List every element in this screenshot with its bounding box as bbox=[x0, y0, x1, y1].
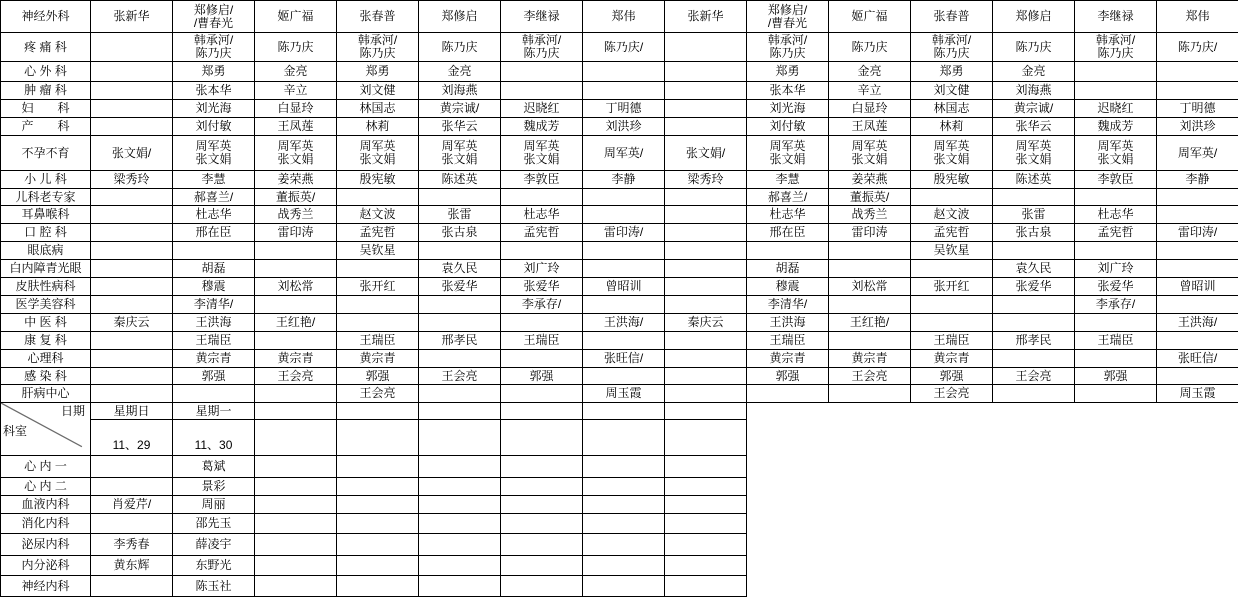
schedule-cell: 周丽 bbox=[173, 496, 255, 514]
schedule-cell bbox=[91, 514, 173, 534]
schedule-cell bbox=[91, 260, 173, 278]
schedule-cell bbox=[665, 496, 747, 514]
schedule-cell bbox=[91, 332, 173, 350]
schedule-cell bbox=[993, 314, 1075, 332]
schedule-cell bbox=[829, 385, 911, 403]
table-row: 眼底病吴钦星吴钦星 bbox=[1, 242, 1238, 260]
schedule-cell: 张华云 bbox=[419, 118, 501, 136]
schedule-cell bbox=[173, 242, 255, 260]
schedule-cell bbox=[337, 314, 419, 332]
date-axis-label: 日期 bbox=[61, 405, 85, 418]
schedule-cell: 邢孝民 bbox=[419, 332, 501, 350]
schedule-cell bbox=[255, 478, 337, 496]
schedule-cell bbox=[501, 478, 583, 496]
schedule-cell bbox=[255, 556, 337, 576]
schedule-cell bbox=[1075, 242, 1157, 260]
schedule-cell bbox=[829, 296, 911, 314]
schedule-cell bbox=[1075, 314, 1157, 332]
schedule-cell bbox=[665, 368, 747, 385]
schedule-cell bbox=[665, 118, 747, 136]
schedule-cell: 董振英/ bbox=[829, 189, 911, 206]
schedule-cell: 陈乃庆 bbox=[255, 33, 337, 62]
table-row: 血液内科肖爱芹/周丽 bbox=[1, 496, 747, 514]
schedule-cell: 黄宗诚/ bbox=[993, 100, 1075, 118]
schedule-cell bbox=[583, 82, 665, 100]
schedule-cell: 王洪海 bbox=[173, 314, 255, 332]
schedule-cell: 杜志华 bbox=[1075, 206, 1157, 224]
table-row: 感 染 科郭强王会亮郭强王会亮郭强郭强王会亮郭强王会亮郭强 bbox=[1, 368, 1238, 385]
schedule-cell: 张雷 bbox=[419, 206, 501, 224]
outpatient-schedule-table: 神经外科张新华郑修启/ /曹春光姬广福张春普郑修启李继禄郑伟张新华郑修启/ /曹… bbox=[0, 0, 1238, 403]
department-cell: 产 科 bbox=[1, 118, 91, 136]
schedule-cell: 迟晓红 bbox=[1075, 100, 1157, 118]
department-cell: 耳鼻喉科 bbox=[1, 206, 91, 224]
schedule-cell bbox=[91, 82, 173, 100]
schedule-cell: 韩承河/ 陈乃庆 bbox=[911, 33, 993, 62]
schedule-cell: 王红艳/ bbox=[255, 314, 337, 332]
schedule-cell: 金亮 bbox=[255, 62, 337, 82]
weekday-cell bbox=[255, 403, 337, 420]
schedule-cell: 胡磊 bbox=[173, 260, 255, 278]
schedule-cell bbox=[993, 189, 1075, 206]
weekday-cell: 星期一 bbox=[173, 403, 255, 420]
schedule-cell: 孟宪哲 bbox=[501, 224, 583, 242]
schedule-cell: 李静 bbox=[583, 171, 665, 189]
table-row: 心理科黄宗青黄宗青黄宗青张旺信/黄宗青黄宗青黄宗青张旺信/ bbox=[1, 350, 1238, 368]
schedule-cell bbox=[665, 33, 747, 62]
schedule-cell: 张本华 bbox=[173, 82, 255, 100]
schedule-cell: 王凤莲 bbox=[829, 118, 911, 136]
department-cell: 神经外科 bbox=[1, 1, 91, 33]
schedule-cell bbox=[419, 534, 501, 556]
schedule-cell bbox=[91, 118, 173, 136]
schedule-cell: 姜荣燕 bbox=[255, 171, 337, 189]
table-row: 白内障青光眼胡磊袁久民刘广玲胡磊袁久民刘广玲 bbox=[1, 260, 1238, 278]
schedule-cell: 王会亮 bbox=[337, 385, 419, 403]
schedule-cell bbox=[501, 496, 583, 514]
schedule-cell bbox=[1075, 350, 1157, 368]
schedule-cell: 周军英 张文娟 bbox=[173, 136, 255, 171]
schedule-cell: 雷印涛 bbox=[829, 224, 911, 242]
schedule-cell bbox=[337, 534, 419, 556]
schedule-cell: 郑勇 bbox=[911, 62, 993, 82]
weekday-header-row: 日期 科室 星期日 星期一 bbox=[1, 403, 747, 420]
schedule-cell bbox=[665, 100, 747, 118]
schedule-cell: 刘文健 bbox=[911, 82, 993, 100]
schedule-cell: 战秀兰 bbox=[829, 206, 911, 224]
table-row: 消化内科邵先玉 bbox=[1, 514, 747, 534]
schedule-cell: 王会亮 bbox=[911, 385, 993, 403]
schedule-cell: 郝喜兰/ bbox=[173, 189, 255, 206]
table-row: 妇 科刘光海白显玲林国志黄宗诚/迟晓红丁明德刘光海白显玲林国志黄宗诚/迟晓红丁明… bbox=[1, 100, 1238, 118]
date-header-row: 11、29 11、30 bbox=[1, 420, 747, 456]
schedule-cell: 刘广玲 bbox=[1075, 260, 1157, 278]
schedule-cell: 周军英 张文娟 bbox=[419, 136, 501, 171]
department-cell: 白内障青光眼 bbox=[1, 260, 91, 278]
schedule-cell bbox=[501, 534, 583, 556]
schedule-cell: 林莉 bbox=[337, 118, 419, 136]
schedule-cell bbox=[419, 496, 501, 514]
department-axis-label: 科室 bbox=[3, 425, 27, 438]
schedule-cell bbox=[747, 385, 829, 403]
schedule-cell bbox=[91, 242, 173, 260]
schedule-cell bbox=[583, 576, 665, 597]
schedule-cell: 吴钦星 bbox=[911, 242, 993, 260]
schedule-cell: 张文娟/ bbox=[665, 136, 747, 171]
schedule-cell: 陈述英 bbox=[419, 171, 501, 189]
department-cell: 不孕不育 bbox=[1, 136, 91, 171]
schedule-cell bbox=[91, 576, 173, 597]
date-cell bbox=[501, 420, 583, 456]
schedule-cell: 张文娟/ bbox=[91, 136, 173, 171]
department-cell: 心 内 一 bbox=[1, 456, 91, 478]
schedule-cell: 黄宗青 bbox=[829, 350, 911, 368]
department-cell: 医学美容科 bbox=[1, 296, 91, 314]
schedule-cell: 刘洪珍 bbox=[1157, 118, 1238, 136]
schedule-cell bbox=[419, 478, 501, 496]
schedule-cell bbox=[501, 314, 583, 332]
schedule-cell: 魏成芳 bbox=[1075, 118, 1157, 136]
schedule-cell bbox=[1075, 62, 1157, 82]
schedule-cell: 郑勇 bbox=[337, 62, 419, 82]
schedule-cell bbox=[419, 296, 501, 314]
schedule-cell bbox=[829, 242, 911, 260]
schedule-cell bbox=[91, 224, 173, 242]
schedule-cell bbox=[665, 350, 747, 368]
department-cell: 皮肤性病科 bbox=[1, 278, 91, 296]
schedule-cell bbox=[993, 350, 1075, 368]
department-cell: 肿 瘤 科 bbox=[1, 82, 91, 100]
schedule-cell: 刘海燕 bbox=[419, 82, 501, 100]
schedule-cell: 王会亮 bbox=[993, 368, 1075, 385]
table-row: 皮肤性病科穆震刘松常张开红张爱华张爱华曾昭训穆震刘松常张开红张爱华张爱华曾昭训 bbox=[1, 278, 1238, 296]
schedule-cell bbox=[255, 332, 337, 350]
department-cell: 疼 痛 科 bbox=[1, 33, 91, 62]
table-row: 康 复 科王瑞臣王瑞臣邢孝民王瑞臣王瑞臣王瑞臣邢孝民王瑞臣 bbox=[1, 332, 1238, 350]
schedule-cell bbox=[583, 62, 665, 82]
schedule-cell: 黄东辉 bbox=[91, 556, 173, 576]
schedule-cell bbox=[665, 206, 747, 224]
schedule-cell bbox=[255, 456, 337, 478]
schedule-cell: 曾昭训 bbox=[583, 278, 665, 296]
schedule-cell bbox=[91, 278, 173, 296]
schedule-cell bbox=[255, 496, 337, 514]
schedule-cell: 李继禄 bbox=[1075, 1, 1157, 33]
schedule-cell: 魏成芳 bbox=[501, 118, 583, 136]
schedule-cell: 王瑞臣 bbox=[747, 332, 829, 350]
schedule-cell bbox=[1075, 82, 1157, 100]
schedule-cell: 陈乃庆/ bbox=[583, 33, 665, 62]
table-row: 不孕不育张文娟/周军英 张文娟周军英 张文娟周军英 张文娟周军英 张文娟周军英 … bbox=[1, 136, 1238, 171]
schedule-cell: 穆震 bbox=[173, 278, 255, 296]
schedule-cell: 杜志华 bbox=[747, 206, 829, 224]
schedule-cell: 张爱华 bbox=[501, 278, 583, 296]
schedule-cell: 王瑞臣 bbox=[911, 332, 993, 350]
schedule-cell: 刘付敏 bbox=[747, 118, 829, 136]
schedule-cell: 黄宗青 bbox=[747, 350, 829, 368]
schedule-cell: 张爱华 bbox=[993, 278, 1075, 296]
schedule-cell: 郭强 bbox=[1075, 368, 1157, 385]
schedule-cell: 林国志 bbox=[911, 100, 993, 118]
schedule-cell bbox=[583, 556, 665, 576]
schedule-cell bbox=[419, 385, 501, 403]
schedule-cell bbox=[583, 189, 665, 206]
department-cell: 血液内科 bbox=[1, 496, 91, 514]
date-cell bbox=[337, 420, 419, 456]
schedule-cell: 韩承河/ 陈乃庆 bbox=[501, 33, 583, 62]
schedule-cell: 金亮 bbox=[829, 62, 911, 82]
schedule-cell: 孟宪哲 bbox=[1075, 224, 1157, 242]
schedule-cell bbox=[1157, 62, 1238, 82]
schedule-cell: 殷宪敏 bbox=[337, 171, 419, 189]
schedule-cell: 周军英 张文娟 bbox=[501, 136, 583, 171]
schedule-cell: 刘洪珍 bbox=[583, 118, 665, 136]
schedule-cell: 郭强 bbox=[911, 368, 993, 385]
schedule-cell bbox=[173, 385, 255, 403]
schedule-cell bbox=[501, 514, 583, 534]
schedule-cell: 刘松常 bbox=[255, 278, 337, 296]
schedule-cell: 刘广玲 bbox=[501, 260, 583, 278]
schedule-cell: 周军英 张文娟 bbox=[829, 136, 911, 171]
schedule-cell: 周军英/ bbox=[583, 136, 665, 171]
schedule-cell bbox=[501, 556, 583, 576]
schedule-cell: 赵文波 bbox=[911, 206, 993, 224]
schedule-cell bbox=[747, 242, 829, 260]
schedule-cell: 秦庆云 bbox=[665, 314, 747, 332]
schedule-cell bbox=[91, 456, 173, 478]
schedule-cell: 郑修启/ /曹春光 bbox=[173, 1, 255, 33]
schedule-cell: 张新华 bbox=[91, 1, 173, 33]
schedule-cell: 周军英/ bbox=[1157, 136, 1238, 171]
schedule-cell: 王洪海/ bbox=[583, 314, 665, 332]
schedule-cell: 张雷 bbox=[993, 206, 1075, 224]
corner-header-cell: 日期 科室 bbox=[1, 403, 91, 456]
schedule-cell bbox=[501, 576, 583, 597]
date-cell: 11、29 bbox=[91, 420, 173, 456]
schedule-cell: 白显玲 bbox=[255, 100, 337, 118]
schedule-cell: 王瑞臣 bbox=[501, 332, 583, 350]
schedule-cell bbox=[583, 478, 665, 496]
schedule-cell: 吴钦星 bbox=[337, 242, 419, 260]
schedule-cell bbox=[665, 534, 747, 556]
schedule-cell: 金亮 bbox=[419, 62, 501, 82]
schedule-cell: 黄宗青 bbox=[173, 350, 255, 368]
department-cell: 肝病中心 bbox=[1, 385, 91, 403]
schedule-cell bbox=[1157, 82, 1238, 100]
schedule-cell: 李敦臣 bbox=[501, 171, 583, 189]
schedule-cell: 王瑞臣 bbox=[173, 332, 255, 350]
schedule-cell bbox=[583, 456, 665, 478]
schedule-cell: 韩承河/ 陈乃庆 bbox=[747, 33, 829, 62]
schedule-cell: 梁秀玲 bbox=[91, 171, 173, 189]
schedule-cell: 王会亮 bbox=[829, 368, 911, 385]
schedule-cell: 郑伟 bbox=[583, 1, 665, 33]
schedule-cell bbox=[583, 514, 665, 534]
schedule-cell: 李慧 bbox=[173, 171, 255, 189]
schedule-cell: 黄宗诚/ bbox=[419, 100, 501, 118]
schedule-cell: 雷印涛/ bbox=[583, 224, 665, 242]
schedule-cell: 邢在臣 bbox=[173, 224, 255, 242]
schedule-cell bbox=[1157, 206, 1238, 224]
schedule-cell: 李承存/ bbox=[1075, 296, 1157, 314]
schedule-cell: 刘文健 bbox=[337, 82, 419, 100]
schedule-cell: 雷印涛/ bbox=[1157, 224, 1238, 242]
schedule-cell bbox=[665, 332, 747, 350]
schedule-cell: 李清华/ bbox=[747, 296, 829, 314]
schedule-cell bbox=[255, 514, 337, 534]
schedule-cell: 肖爱芹/ bbox=[91, 496, 173, 514]
schedule-cell: 周军英 张文娟 bbox=[911, 136, 993, 171]
schedule-cell bbox=[583, 534, 665, 556]
department-cell: 内分泌科 bbox=[1, 556, 91, 576]
bottom-table-body: 日期 科室 星期日 星期一 11、29 11、30 bbox=[1, 403, 747, 597]
schedule-cell: 姜荣燕 bbox=[829, 171, 911, 189]
schedule-cell: 张旺信/ bbox=[583, 350, 665, 368]
schedule-cell bbox=[419, 576, 501, 597]
schedule-cell bbox=[583, 242, 665, 260]
department-cell: 康 复 科 bbox=[1, 332, 91, 350]
weekday-cell bbox=[337, 403, 419, 420]
schedule-cell bbox=[337, 260, 419, 278]
schedule-cell: 袁久民 bbox=[993, 260, 1075, 278]
schedule-cell: 周军英 张文娟 bbox=[747, 136, 829, 171]
schedule-cell: 王红艳/ bbox=[829, 314, 911, 332]
schedule-cell: 刘松常 bbox=[829, 278, 911, 296]
schedule-cell: 周军英 张文娟 bbox=[993, 136, 1075, 171]
schedule-cell bbox=[583, 260, 665, 278]
schedule-cell: 陈乃庆 bbox=[829, 33, 911, 62]
schedule-cell bbox=[501, 242, 583, 260]
schedule-cell: 王洪海/ bbox=[1157, 314, 1238, 332]
schedule-cell bbox=[337, 576, 419, 597]
department-cell: 儿科老专家 bbox=[1, 189, 91, 206]
schedule-cell bbox=[419, 456, 501, 478]
schedule-cell: 邵先玉 bbox=[173, 514, 255, 534]
schedule-cell: 李慧 bbox=[747, 171, 829, 189]
schedule-cell: 李清华/ bbox=[173, 296, 255, 314]
schedule-cell bbox=[419, 189, 501, 206]
schedule-cell bbox=[255, 534, 337, 556]
schedule-cell bbox=[1075, 189, 1157, 206]
schedule-cell: 王凤莲 bbox=[255, 118, 337, 136]
schedule-cell bbox=[419, 350, 501, 368]
schedule-cell bbox=[91, 33, 173, 62]
schedule-cell bbox=[665, 385, 747, 403]
schedule-cell bbox=[337, 456, 419, 478]
table-row: 神经内科陈玉社 bbox=[1, 576, 747, 597]
weekday-cell bbox=[419, 403, 501, 420]
table-row: 小 儿 科梁秀玲李慧姜荣燕殷宪敏陈述英李敦臣李静梁秀玲李慧姜荣燕殷宪敏陈述英李敦… bbox=[1, 171, 1238, 189]
department-cell: 心 外 科 bbox=[1, 62, 91, 82]
schedule-cell: 李继禄 bbox=[501, 1, 583, 33]
schedule-cell bbox=[583, 206, 665, 224]
schedule-cell bbox=[255, 576, 337, 597]
schedule-cell: 景彩 bbox=[173, 478, 255, 496]
schedule-cell bbox=[665, 576, 747, 597]
schedule-cell bbox=[829, 260, 911, 278]
schedule-cell bbox=[583, 296, 665, 314]
schedule-cell: 郭强 bbox=[747, 368, 829, 385]
schedule-cell bbox=[91, 189, 173, 206]
schedule-cell bbox=[337, 478, 419, 496]
schedule-cell bbox=[829, 332, 911, 350]
weekday-cell bbox=[583, 403, 665, 420]
schedule-cell: 郑伟 bbox=[1157, 1, 1238, 33]
schedule-cell: 殷宪敏 bbox=[911, 171, 993, 189]
schedule-cell bbox=[1157, 260, 1238, 278]
schedule-cell: 李承存/ bbox=[501, 296, 583, 314]
table-row: 疼 痛 科韩承河/ 陈乃庆陈乃庆韩承河/ 陈乃庆陈乃庆韩承河/ 陈乃庆陈乃庆/韩… bbox=[1, 33, 1238, 62]
schedule-cell: 胡磊 bbox=[747, 260, 829, 278]
schedule-cell: 刘海燕 bbox=[993, 82, 1075, 100]
date-cell bbox=[419, 420, 501, 456]
schedule-cell bbox=[665, 296, 747, 314]
table-row: 泌尿内科李秀春薛凌宇 bbox=[1, 534, 747, 556]
schedule-cell: 郑修启 bbox=[993, 1, 1075, 33]
schedule-cell bbox=[1157, 296, 1238, 314]
schedule-cell bbox=[91, 206, 173, 224]
schedule-cell: 黄宗青 bbox=[911, 350, 993, 368]
table-row: 心 内 一葛斌 bbox=[1, 456, 747, 478]
schedule-cell: 张春普 bbox=[337, 1, 419, 33]
schedule-cell: 东野光 bbox=[173, 556, 255, 576]
schedule-cell bbox=[1157, 332, 1238, 350]
second-week-schedule-table: 日期 科室 星期日 星期一 11、29 11、30 bbox=[0, 402, 747, 597]
schedule-cell: 刘付敏 bbox=[173, 118, 255, 136]
table-row: 心 内 二景彩 bbox=[1, 478, 747, 496]
table-row: 肝病中心王会亮周玉霞王会亮周玉霞 bbox=[1, 385, 1238, 403]
schedule-cell bbox=[91, 62, 173, 82]
schedule-cell bbox=[665, 82, 747, 100]
schedule-cell bbox=[993, 296, 1075, 314]
schedule-cell bbox=[501, 456, 583, 478]
schedule-cell: 孟宪哲 bbox=[337, 224, 419, 242]
schedule-cell: 张新华 bbox=[665, 1, 747, 33]
schedule-cell bbox=[91, 100, 173, 118]
department-cell: 消化内科 bbox=[1, 514, 91, 534]
schedule-cell: 林国志 bbox=[337, 100, 419, 118]
schedule-cell bbox=[1157, 242, 1238, 260]
schedule-cell bbox=[501, 189, 583, 206]
schedule-cell: 王瑞臣 bbox=[337, 332, 419, 350]
department-cell: 泌尿内科 bbox=[1, 534, 91, 556]
date-cell bbox=[255, 420, 337, 456]
table-row: 口 腔 科邢在臣雷印涛孟宪哲张古泉孟宪哲雷印涛/邢在臣雷印涛孟宪哲张古泉孟宪哲雷… bbox=[1, 224, 1238, 242]
schedule-cell: 秦庆云 bbox=[91, 314, 173, 332]
schedule-cell: 王会亮 bbox=[419, 368, 501, 385]
schedule-cell bbox=[255, 260, 337, 278]
schedule-cell: 周军英 张文娟 bbox=[337, 136, 419, 171]
table-row: 肿 瘤 科张本华辛立刘文健刘海燕张本华辛立刘文健刘海燕 bbox=[1, 82, 1238, 100]
top-table-body: 神经外科张新华郑修启/ /曹春光姬广福张春普郑修启李继禄郑伟张新华郑修启/ /曹… bbox=[1, 1, 1238, 403]
schedule-cell: 曾昭训 bbox=[1157, 278, 1238, 296]
schedule-cell: 王洪海 bbox=[747, 314, 829, 332]
department-cell: 神经内科 bbox=[1, 576, 91, 597]
schedule-cell bbox=[419, 556, 501, 576]
schedule-cell bbox=[665, 62, 747, 82]
table-row: 耳鼻喉科杜志华战秀兰赵文波张雷杜志华杜志华战秀兰赵文波张雷杜志华 bbox=[1, 206, 1238, 224]
department-cell: 心 内 二 bbox=[1, 478, 91, 496]
schedule-cell: 白显玲 bbox=[829, 100, 911, 118]
schedule-cell: 张古泉 bbox=[993, 224, 1075, 242]
schedule-cell: 孟宪哲 bbox=[911, 224, 993, 242]
schedule-cell: 郭强 bbox=[337, 368, 419, 385]
schedule-cell: 韩承河/ 陈乃庆 bbox=[337, 33, 419, 62]
schedule-cell bbox=[583, 332, 665, 350]
schedule-cell: 丁明德 bbox=[583, 100, 665, 118]
table-row: 儿科老专家郝喜兰/董振英/郝喜兰/董振英/ bbox=[1, 189, 1238, 206]
schedule-cell: 杜志华 bbox=[501, 206, 583, 224]
